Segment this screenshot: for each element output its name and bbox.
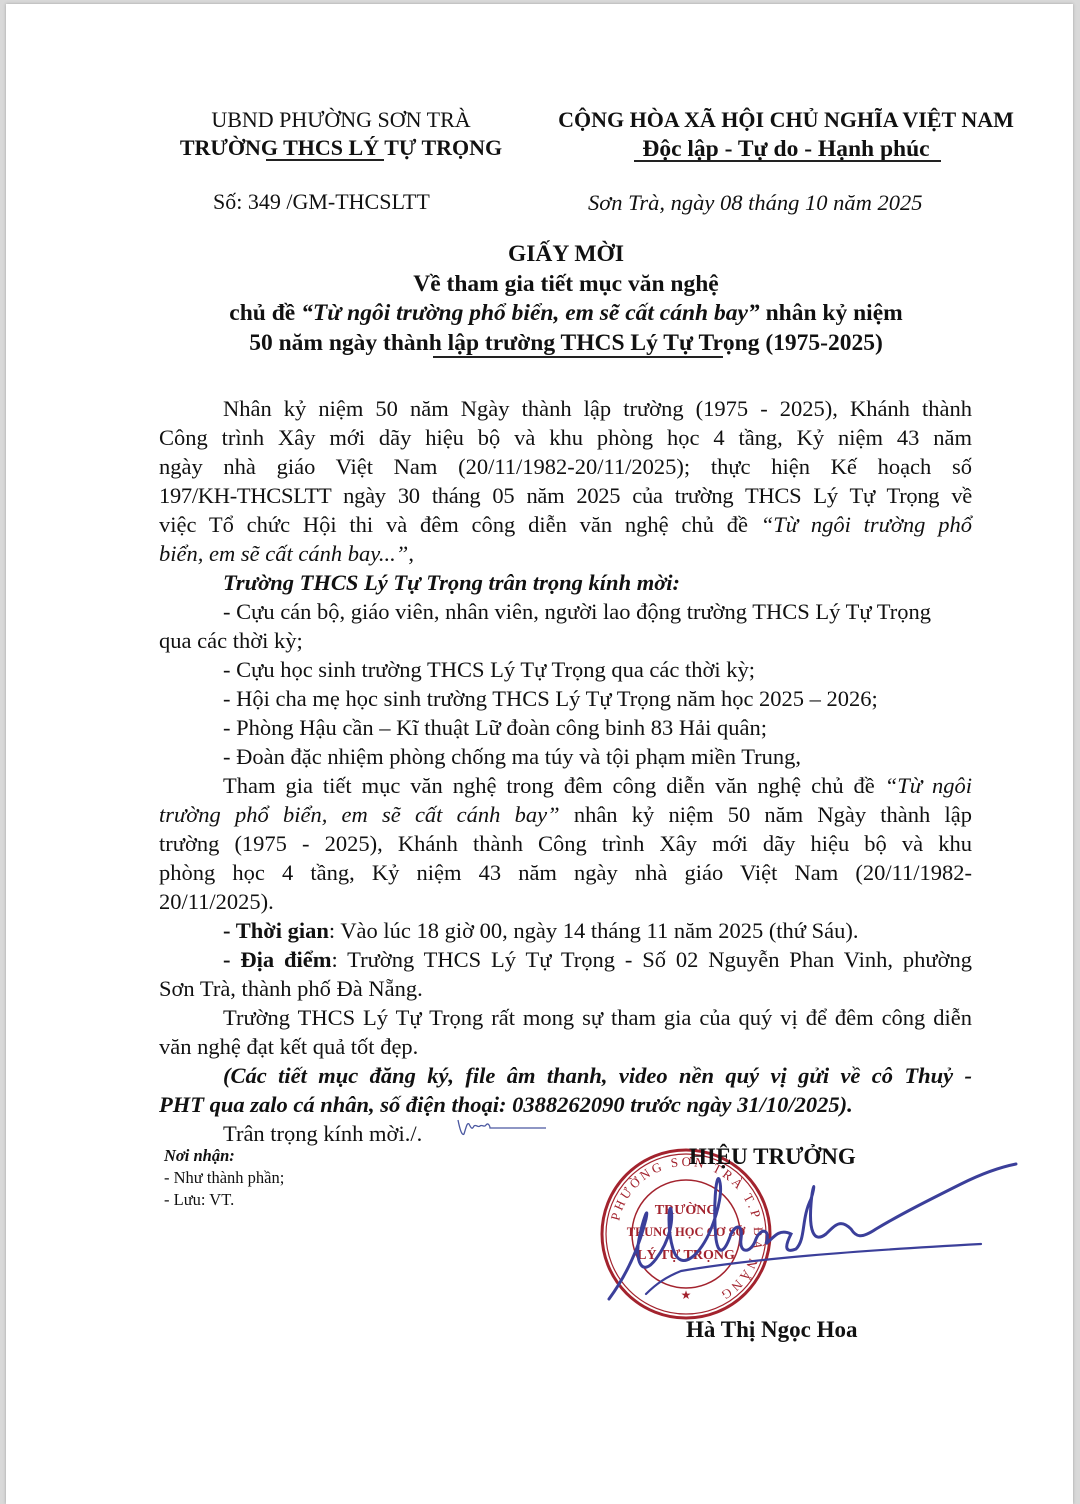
title-anniversary: 50 năm ngày thành lập trường THCS Lý Tự … bbox=[156, 329, 976, 359]
invitee-item: - Hội cha mẹ học sinh trường THCS Lý Tự … bbox=[159, 684, 972, 713]
body-line: phòng học 4 tầng, Kỷ niệm 43 năm ngày nh… bbox=[159, 858, 972, 887]
invitee-item: - Cựu học sinh trường THCS Lý Tự Trọng q… bbox=[159, 655, 972, 684]
invitee-item: - Cựu cán bộ, giáo viên, nhân viên, ngườ… bbox=[159, 597, 972, 626]
body-line: việc Tổ chức Hội thi và đêm công diễn vă… bbox=[159, 510, 972, 539]
body-line: 197/KH-THCSLTT ngày 30 tháng 05 năm 2025… bbox=[159, 481, 972, 510]
invitee-item: - Phòng Hậu cần – Kĩ thuật Lữ đoàn công … bbox=[159, 713, 972, 742]
registration-note: (Các tiết mục đăng ký, file âm thanh, vi… bbox=[159, 1061, 972, 1090]
document-number: Số: 349 /GM-THCSLTT bbox=[213, 189, 430, 215]
registration-note-cont: PHT qua zalo cá nhân, số điện thoại: 038… bbox=[159, 1090, 972, 1119]
title-subject: Về tham gia tiết mục văn nghệ bbox=[156, 270, 976, 300]
body-line: Tham gia tiết mục văn nghệ trong đêm côn… bbox=[159, 771, 972, 800]
body-line: ngày nhà giáo Việt Nam (20/11/1982-20/11… bbox=[159, 452, 972, 481]
initials-mark-icon bbox=[454, 1116, 549, 1140]
invitee-item: - Đoàn đặc nhiệm phòng chống ma túy và t… bbox=[159, 742, 972, 771]
body-line: trường (1975 - 2025), Khánh thành Công t… bbox=[159, 829, 972, 858]
event-location-cont: Sơn Trà, thành phố Đà Nẵng. bbox=[159, 974, 972, 1003]
invitee-item-cont: qua các thời kỳ; bbox=[159, 626, 972, 655]
body-line: văn nghệ đạt kết quả tốt đẹp. bbox=[159, 1032, 972, 1061]
school-name-underline bbox=[266, 159, 384, 161]
event-location: - Địa điểm: Trường THCS Lý Tự Trọng - Số… bbox=[159, 945, 972, 974]
body-line: Công trình Xây mới dãy hiệu bộ và khu ph… bbox=[159, 423, 972, 452]
place-and-date: Sơn Trà, ngày 08 tháng 10 năm 2025 bbox=[588, 190, 923, 216]
school-name: TRƯỜNG THCS LÝ TỰ TRỌNG bbox=[156, 134, 526, 162]
document-title: GIẤY MỜI bbox=[156, 240, 976, 270]
document-title-block: GIẤY MỜI Về tham gia tiết mục văn nghệ c… bbox=[156, 240, 976, 358]
recipient-item: - Như thành phần; bbox=[164, 1167, 284, 1189]
document-page: UBND PHƯỜNG SƠN TRÀ TRƯỜNG THCS LÝ TỰ TR… bbox=[6, 4, 1073, 1504]
signer-name: Hà Thị Ngọc Hoa bbox=[686, 1317, 857, 1343]
title-underline bbox=[433, 356, 723, 358]
event-time: - Thời gian: Vào lúc 18 giờ 00, ngày 14 … bbox=[159, 916, 972, 945]
recipients-label: Nơi nhận: bbox=[164, 1145, 284, 1167]
national-header: CỘNG HÒA XÃ HỘI CHỦ NGHĨA VIỆT NAM Độc l… bbox=[541, 106, 1031, 164]
national-title: CỘNG HÒA XÃ HỘI CHỦ NGHĨA VIỆT NAM bbox=[541, 106, 1031, 134]
theme-name: “Từ ngôi trường phổ biển, em sẽ cất cánh… bbox=[301, 300, 760, 326]
issuing-authority: UBND PHƯỜNG SƠN TRÀ TRƯỜNG THCS LÝ TỰ TR… bbox=[156, 106, 526, 162]
body-line: 20/11/2025). bbox=[159, 887, 972, 916]
handwritten-signature-icon bbox=[601, 1159, 1021, 1309]
recipients: Nơi nhận: - Như thành phần; - Lưu: VT. bbox=[164, 1145, 284, 1211]
motto-underline bbox=[634, 160, 941, 162]
body-line: trường phổ biển, em sẽ cất cánh bay” nhâ… bbox=[159, 800, 972, 829]
invitation-heading: Trường THCS Lý Tự Trọng trân trọng kính … bbox=[159, 568, 972, 597]
body-line: Nhân kỷ niệm 50 năm Ngày thành lập trườn… bbox=[159, 394, 972, 423]
recipient-item: - Lưu: VT. bbox=[164, 1189, 284, 1211]
body-line: Trường THCS Lý Tự Trọng rất mong sự tham… bbox=[159, 1003, 972, 1032]
authority-name: UBND PHƯỜNG SƠN TRÀ bbox=[156, 106, 526, 134]
body-line: biển, em sẽ cất cánh bay...”, bbox=[159, 539, 972, 568]
title-theme-line: chủ đề “Từ ngôi trường phổ biển, em sẽ c… bbox=[156, 299, 976, 329]
document-body: Nhân kỷ niệm 50 năm Ngày thành lập trườn… bbox=[159, 394, 972, 1148]
